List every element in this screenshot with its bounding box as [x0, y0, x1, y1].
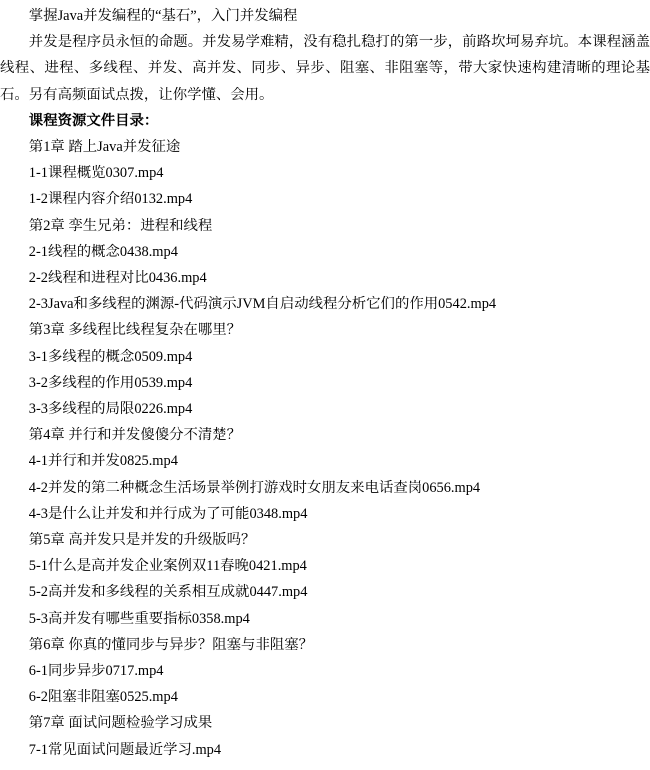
file-item: 2-3Java和多线程的渊源-代码演示JVM自启动线程分析它们的作用0542.m… [0, 291, 650, 317]
chapter-title: 第7章 面试问题检验学习成果 [0, 710, 650, 736]
catalog-heading: 课程资源文件目录： [0, 108, 650, 134]
file-item: 6-1同步异步0717.mp4 [0, 658, 650, 684]
chapter-title: 第3章 多线程比线程复杂在哪里？ [0, 317, 650, 343]
chapter-title: 第6章 你真的懂同步与异步？阻塞与非阻塞？ [0, 632, 650, 658]
file-item: 1-2课程内容介绍0132.mp4 [0, 186, 650, 212]
doc-title: 掌握Java并发编程的“基石”，入门并发编程 [0, 3, 650, 29]
intro-paragraph: 并发是程序员永恒的命题。并发易学难精，没有稳扎稳打的第一步，前路坎坷易弃坑。本课… [0, 29, 650, 108]
file-item: 2-1线程的概念0438.mp4 [0, 239, 650, 265]
chapter-title: 第2章 孪生兄弟：进程和线程 [0, 213, 650, 239]
file-item: 2-2线程和进程对比0436.mp4 [0, 265, 650, 291]
file-item: 5-3高并发有哪些重要指标0358.mp4 [0, 606, 650, 632]
file-item: 4-3是什么让并发和并行成为了可能0348.mp4 [0, 501, 650, 527]
file-item: 3-3多线程的局限0226.mp4 [0, 396, 650, 422]
file-item: 5-1什么是高并发企业案例双11春晚0421.mp4 [0, 553, 650, 579]
file-item: 1-1课程概览0307.mp4 [0, 160, 650, 186]
file-item: 6-2阻塞非阻塞0525.mp4 [0, 684, 650, 710]
chapter-title: 第1章 踏上Java并发征途 [0, 134, 650, 160]
document-page: 掌握Java并发编程的“基石”，入门并发编程 并发是程序员永恒的命题。并发易学难… [0, 0, 650, 763]
file-item: 3-2多线程的作用0539.mp4 [0, 370, 650, 396]
file-item: 4-1并行和并发0825.mp4 [0, 448, 650, 474]
chapter-title: 第5章 高并发只是并发的升级版吗？ [0, 527, 650, 553]
chapter-title: 第4章 并行和并发傻傻分不清楚？ [0, 422, 650, 448]
file-item: 7-1常见面试问题最近学习.mp4 [0, 737, 650, 763]
file-item: 5-2高并发和多线程的关系相互成就0447.mp4 [0, 579, 650, 605]
file-item: 4-2并发的第二种概念生活场景举例打游戏时女朋友来电话查岗0656.mp4 [0, 475, 650, 501]
file-item: 3-1多线程的概念0509.mp4 [0, 344, 650, 370]
